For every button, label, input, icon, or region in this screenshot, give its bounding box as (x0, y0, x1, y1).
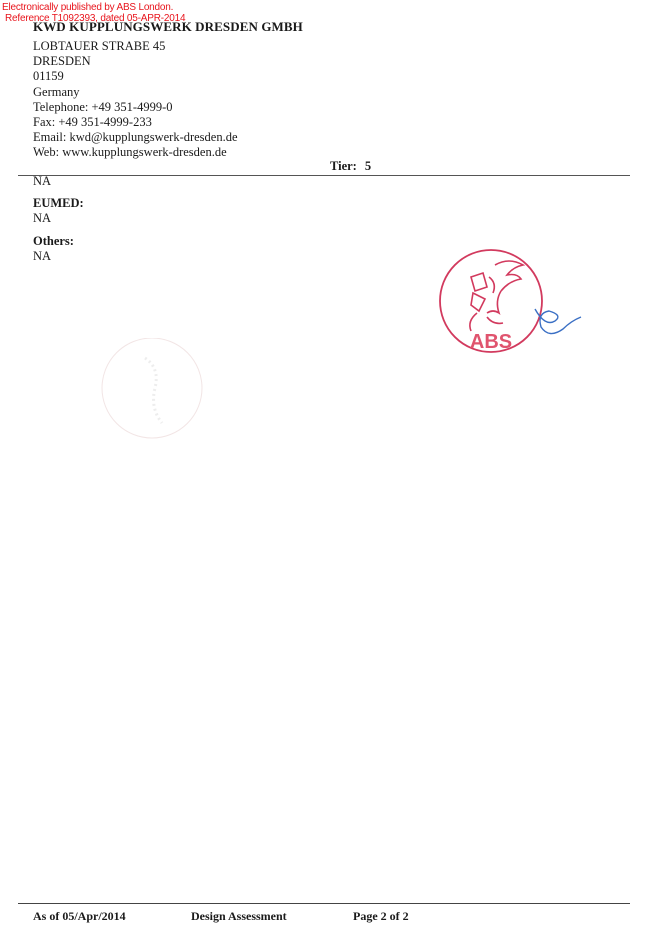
footer-document-title: Design Assessment (191, 909, 287, 924)
address-web: Web: www.kupplungswerk-dresden.de (33, 145, 238, 160)
stamp-abs-text: ABS (470, 331, 512, 353)
address-postcode: 01159 (33, 69, 238, 84)
faded-stamp-impression (100, 338, 210, 448)
section-eumed: EUMED: NA (33, 196, 84, 226)
electronic-publication-watermark: Electronically published by ABS London. … (2, 2, 185, 24)
address-country: Germany (33, 85, 238, 100)
section-value: NA (33, 211, 84, 226)
watermark-line-1: Electronically published by ABS London. (2, 2, 185, 13)
section-label: EUMED: (33, 196, 84, 211)
eagle-emblem-icon (470, 261, 523, 331)
tier-value: 5 (365, 159, 371, 173)
address-street: LOBTAUER STRABE 45 (33, 39, 238, 54)
footer-date: As of 05/Apr/2014 (33, 909, 126, 924)
tier-label: Tier: (330, 159, 357, 173)
section-others: Others: NA (33, 234, 74, 264)
watermark-line-2: Reference T1092393, dated 05-APR-2014 (2, 13, 185, 24)
company-address: LOBTAUER STRABE 45 DRESDEN 01159 Germany… (33, 39, 238, 161)
address-telephone: Telephone: +49 351-4999-0 (33, 100, 238, 115)
abs-seal-stamp: ABS (437, 247, 587, 357)
tier-indicator: Tier:5 (330, 159, 371, 174)
section-value-continued: NA (33, 174, 51, 189)
address-email: Email: kwd@kupplungswerk-dresden.de (33, 130, 238, 145)
address-city: DRESDEN (33, 54, 238, 69)
section-value: NA (33, 249, 74, 264)
header-divider (18, 175, 630, 176)
address-fax: Fax: +49 351-4999-233 (33, 115, 238, 130)
footer-page-number: Page 2 of 2 (353, 909, 409, 924)
footer-divider (18, 903, 630, 904)
section-label: Others: (33, 234, 74, 249)
signature-scribble (535, 309, 581, 334)
